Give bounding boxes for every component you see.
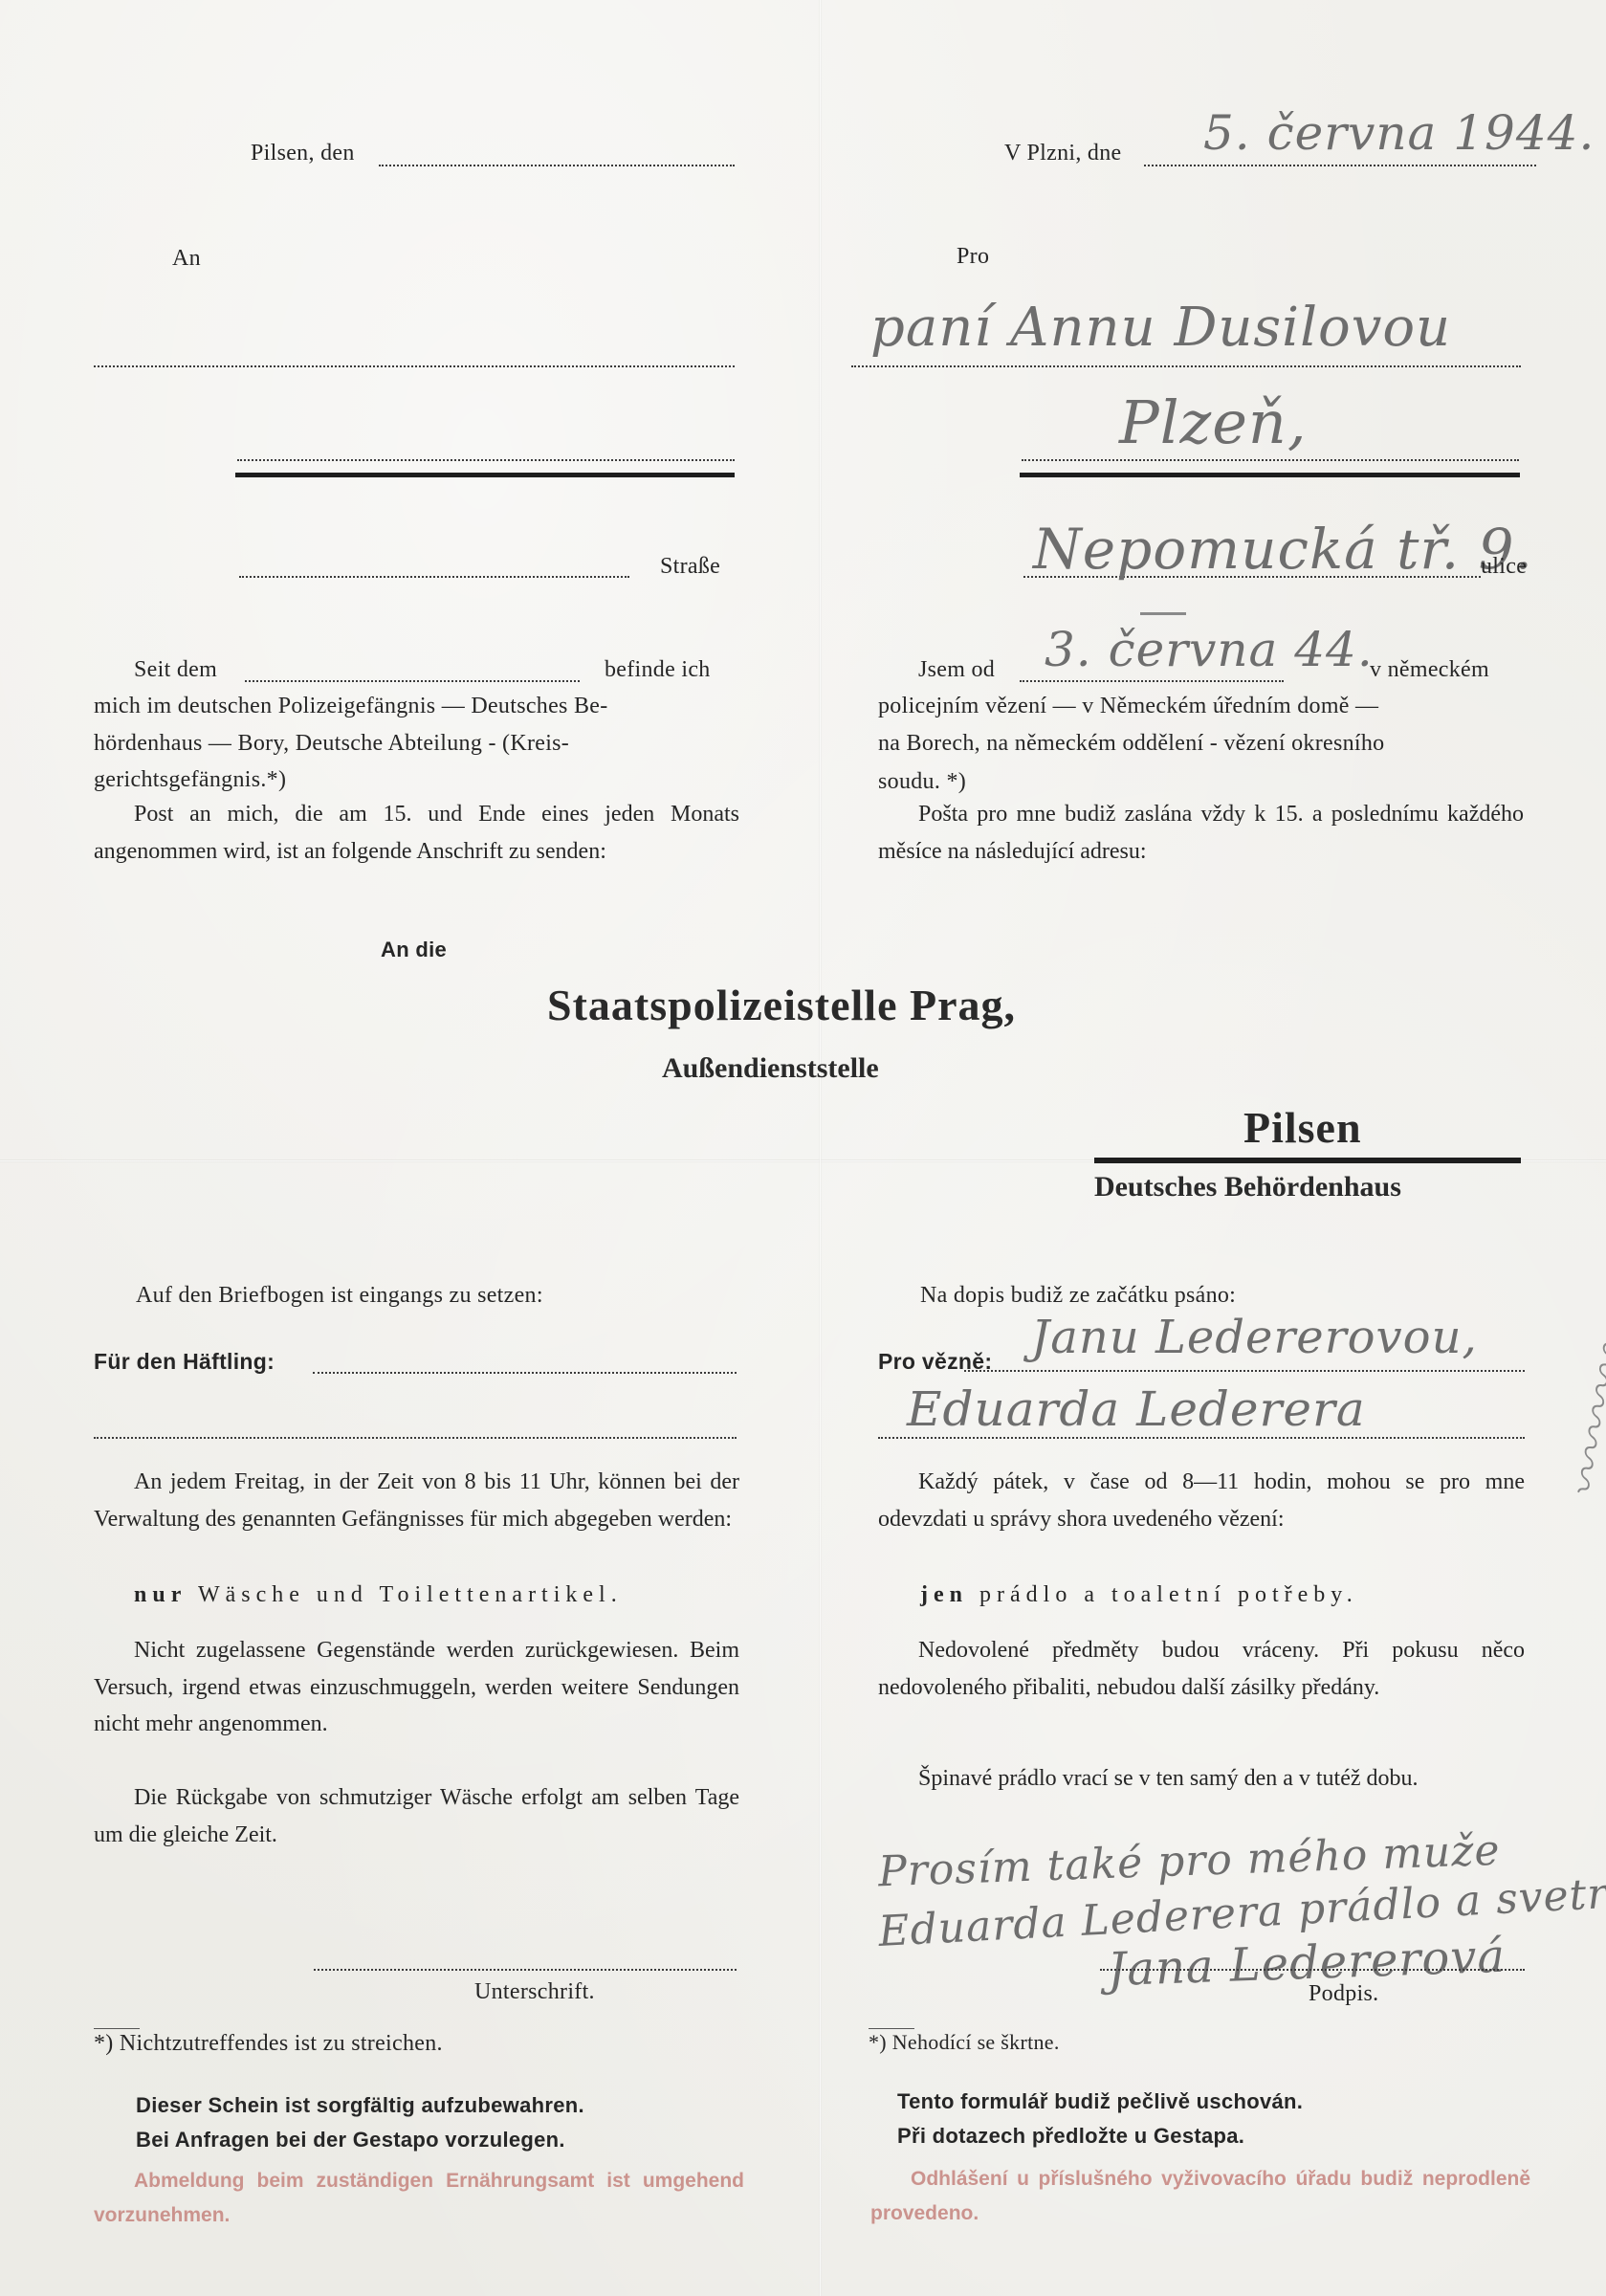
german-only-items: nur Wäsche und Toilettenartikel. [134, 1583, 623, 1606]
office-city: Pilsen [1243, 1102, 1362, 1153]
office-building: Deutsches Behördenhaus [1094, 1171, 1401, 1203]
an-die-label: An die [381, 939, 447, 960]
czech-footnote-rule [869, 2028, 914, 2029]
german-letter-instruction: Auf den Briefbogen ist eingangs zu setze… [136, 1284, 543, 1307]
german-city-underline [235, 473, 735, 477]
german-footnote: *) Nichtzutreffendes ist zu streichen. [94, 2032, 443, 2055]
czech-v-nemeckem: v německém [1370, 658, 1489, 681]
czech-signature-field[interactable] [1100, 1969, 1525, 1971]
czech-addressee-name-field[interactable] [851, 365, 1521, 367]
czech-pencil-mark [1140, 612, 1186, 615]
german-only-bold: nur [134, 1582, 187, 1607]
czech-letter-instruction: Na dopis budiž ze začátku psáno: [920, 1284, 1236, 1307]
czech-since-handwritten: 3. června 44. [1045, 622, 1374, 677]
czech-jsem-od: Jsem od [918, 658, 995, 681]
german-street-field[interactable] [239, 576, 629, 578]
czech-para1-line1: policejním vězení — v Německém úředním d… [878, 695, 1378, 717]
czech-friday-paragraph: Každý pátek, v čase od 8—11 hodin, mohou… [878, 1464, 1525, 1537]
czech-para1-line3: soudu. *) [878, 770, 966, 793]
german-prisoner-label: Für den Häftling: [94, 1351, 275, 1373]
czech-prisoner-field-2[interactable] [878, 1437, 1525, 1439]
margin-handwriting: 〰〰〰〰 [1550, 1172, 1606, 1503]
german-addressee-city-field[interactable] [237, 459, 735, 461]
czech-street-handwritten: Nepomucká tř. 9. [1033, 517, 1533, 582]
german-since-field[interactable] [245, 680, 580, 682]
czech-street-label: ulice [1481, 555, 1527, 578]
german-date-field[interactable] [379, 165, 735, 166]
german-befinde-ich: befinde ich [605, 658, 711, 681]
czech-only-bold: jen [920, 1582, 968, 1607]
german-addressee-name-field[interactable] [94, 365, 735, 367]
czech-addressee-city-handwritten: Plzeň, [1119, 387, 1308, 457]
czech-signature-label: Podpis. [1309, 1982, 1378, 2005]
czech-date-handwritten: 5. června 1944. [1203, 105, 1595, 161]
german-friday-paragraph: An jedem Freitag, in der Zeit von 8 bis … [94, 1464, 739, 1537]
czech-date-label: V Plzni, dne [1004, 142, 1122, 165]
german-para1-line3: gerichtsgefängnis.*) [94, 768, 286, 791]
czech-prisoner-field[interactable] [964, 1370, 1525, 1372]
czech-city-underline [1020, 473, 1520, 477]
german-keep-notice-2: Bei Anfragen bei der Gestapo vorzulegen. [136, 2130, 565, 2151]
german-red-notice: Abmeldung beim zuständigen Ernährungsamt… [94, 2164, 744, 2233]
german-footnote-rule [94, 2028, 140, 2029]
german-only-items-text: Wäsche und Toilettenartikel. [198, 1582, 623, 1607]
czech-prisoner-handwritten-2: Eduarda Lederera [907, 1381, 1366, 1437]
office-name: Staatspolizeistelle Prag, [547, 980, 1016, 1030]
german-signature-label: Unterschrift. [474, 1980, 595, 2003]
german-date-label: Pilsen, den [251, 142, 355, 165]
czech-addressee-city-field[interactable] [1022, 459, 1519, 461]
czech-post-paragraph: Pošta pro mne budiž zaslána vždy k 15. a… [878, 796, 1524, 870]
czech-keep-notice-2: Při dotazech předložte u Gestapa. [897, 2126, 1244, 2147]
czech-return-paragraph: Špinavé prádlo vrací se v ten samý den a… [878, 1760, 1525, 1798]
czech-keep-notice-1: Tento formulář budiž pečlivě uschován. [897, 2091, 1303, 2112]
german-prisoner-field[interactable] [313, 1372, 737, 1374]
czech-prisoner-handwritten-1: Janu Ledererovou, [1031, 1311, 1478, 1364]
german-keep-notice-1: Dieser Schein ist sorgfältig aufzubewahr… [136, 2095, 584, 2116]
czech-addressee-name-handwritten: paní Annu Dusilovou [870, 297, 1451, 359]
paper-fold-vertical [819, 0, 822, 2296]
czech-red-notice: Odhlášení u příslušného vyživovacího úřa… [870, 2162, 1530, 2231]
german-signature-field[interactable] [314, 1969, 737, 1971]
czech-footnote: *) Nehodící se škrtne. [869, 2032, 1060, 2053]
city-rule [1094, 1158, 1521, 1163]
czech-since-field[interactable] [1020, 680, 1284, 682]
german-not-allowed-paragraph: Nicht zugelassene Gegenstände werden zur… [94, 1632, 739, 1743]
czech-only-items: jen prádlo a toaletní potřeby. [920, 1583, 1358, 1606]
german-post-paragraph: Post an mich, die am 15. und Ende eines … [94, 796, 739, 870]
german-para1-line1: mich im deutschen Polizeigefängnis — Deu… [94, 695, 608, 717]
german-return-paragraph: Die Rückgabe von schmutziger Wäsche erfo… [94, 1779, 739, 1853]
german-addressee-label: An [172, 247, 201, 270]
czech-only-items-text: prádlo a toaletní potřeby. [979, 1582, 1358, 1607]
office-sub: Außendienststelle [662, 1052, 879, 1085]
czech-addressee-label: Pro [957, 245, 989, 268]
czech-date-field[interactable] [1144, 165, 1536, 166]
german-prisoner-field-2[interactable] [94, 1437, 737, 1439]
czech-not-allowed-paragraph: Nedovolené předměty budou vráceny. Při p… [878, 1632, 1525, 1706]
czech-para1-line2: na Borech, na německém oddělení - vězení… [878, 732, 1384, 755]
german-street-label: Straße [660, 555, 720, 578]
german-para1-line2: hördenhaus — Bory, Deutsche Abteilung - … [94, 732, 569, 755]
german-seit-dem: Seit dem [134, 658, 217, 681]
